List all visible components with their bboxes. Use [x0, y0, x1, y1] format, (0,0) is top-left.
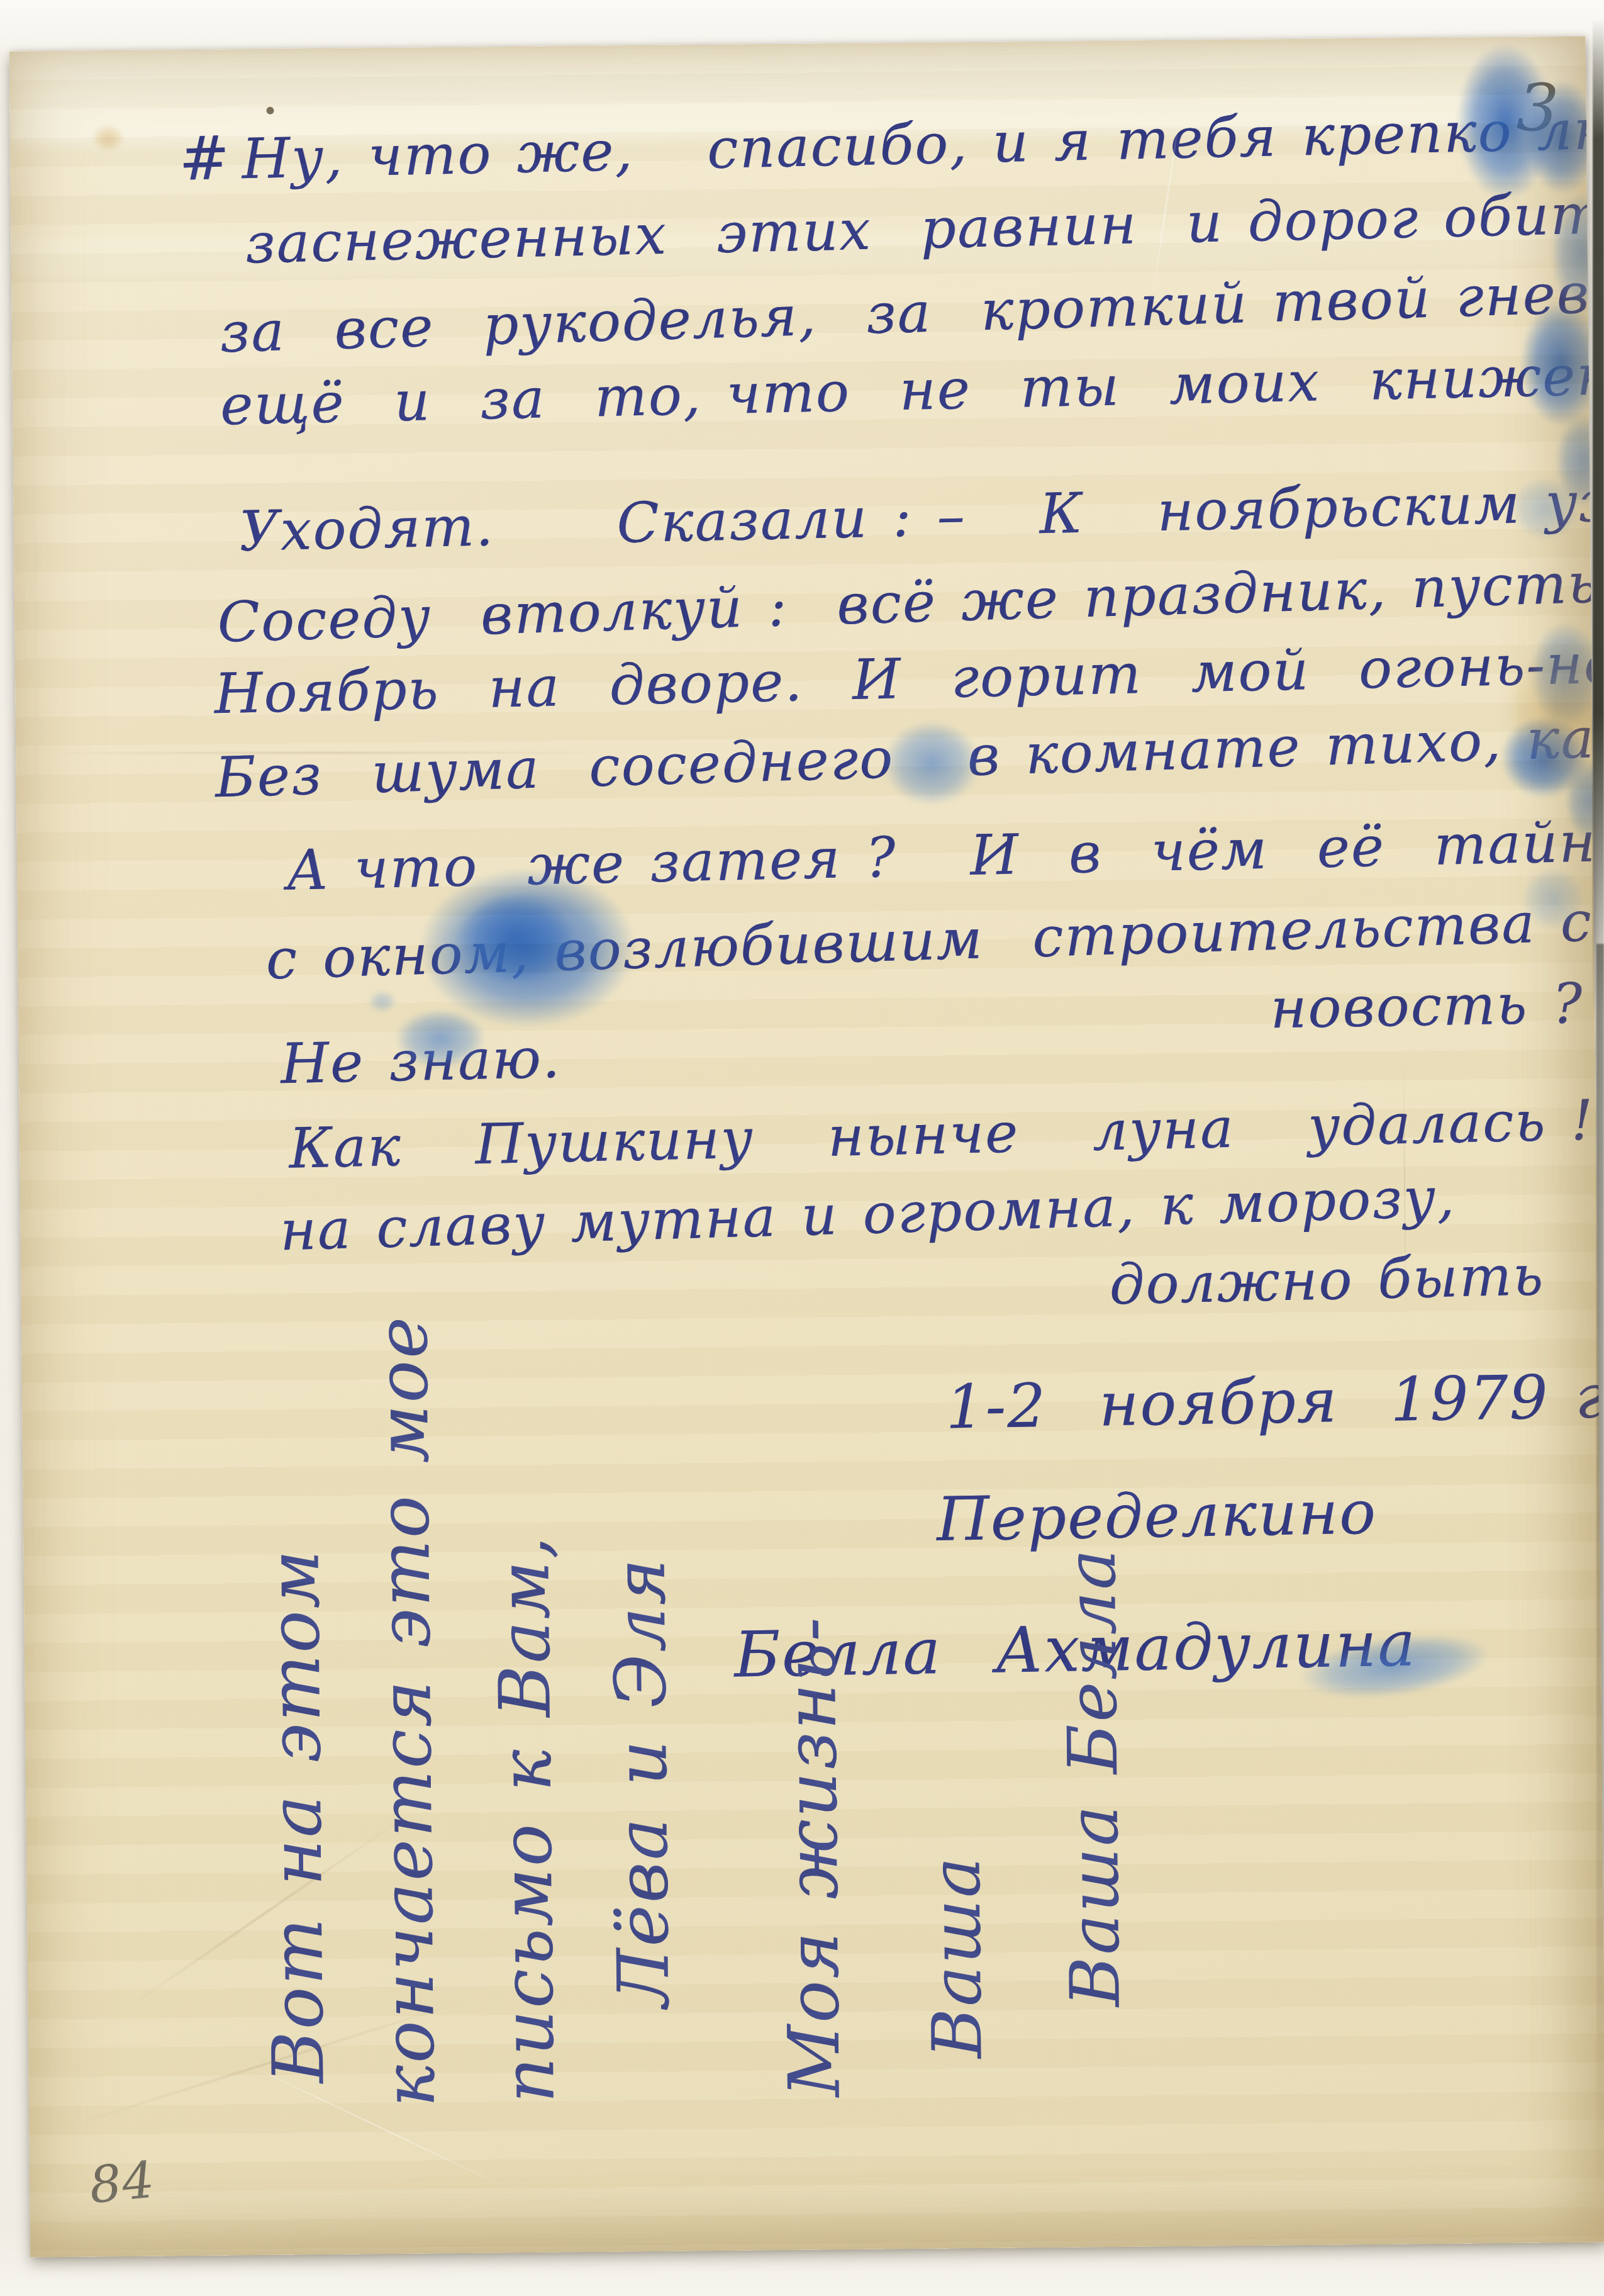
ink-speckle: [368, 990, 396, 1012]
margin-note-col-2: кончается это мое: [364, 1314, 449, 2107]
pencil-page-number: 3: [1515, 69, 1561, 147]
handwritten-line-1: Ну, что же, спасибо, и я тебя крепко люб…: [241, 96, 1604, 191]
handwritten-line-9: А что же затея ? И в чём её тайная связь: [286, 804, 1604, 902]
margin-note-col-3: письмо к Вам,: [486, 1535, 569, 2103]
handwritten-line-5: Уходят. Сказали : – К ноябрьским уж точн…: [238, 464, 1604, 564]
margin-note-col-5: Моя жизнь-: [772, 1615, 854, 2097]
handwritten-line-11: новость ?: [1269, 972, 1584, 1040]
scanned-letter-page: { "meta": { "kind": "scanned handwritten…: [0, 0, 1604, 2296]
handwritten-line-15: должно быть: [1108, 1243, 1545, 1316]
paragraph-insert-marker: #: [178, 123, 232, 194]
margin-note-col-1: Вот на этом: [255, 1548, 338, 2083]
letter-paper-sheet: # Ну, что же, спасибо, и я тебя крепко л…: [9, 36, 1604, 2258]
scan-edge-shadow: [1593, 19, 1604, 1013]
margin-note-col-7: Ваша Белла: [1055, 1547, 1134, 2007]
paper-spot-dark: [266, 107, 274, 115]
handwritten-line-2: заснеженных этих равнин и дорог обитате: [245, 179, 1604, 276]
margin-note-col-6: Ваша: [919, 1855, 996, 2059]
pencil-corner-mark: 84: [87, 2150, 157, 2215]
margin-note-col-4: Лёва и Эля: [601, 1557, 683, 2008]
handwritten-line-12: Не знаю.: [280, 1026, 562, 1096]
paper-spot: [92, 125, 125, 151]
dateline-date: 1-2 ноября 1979 год: [945, 1360, 1604, 1442]
dateline-place: Переделкино: [936, 1477, 1377, 1554]
